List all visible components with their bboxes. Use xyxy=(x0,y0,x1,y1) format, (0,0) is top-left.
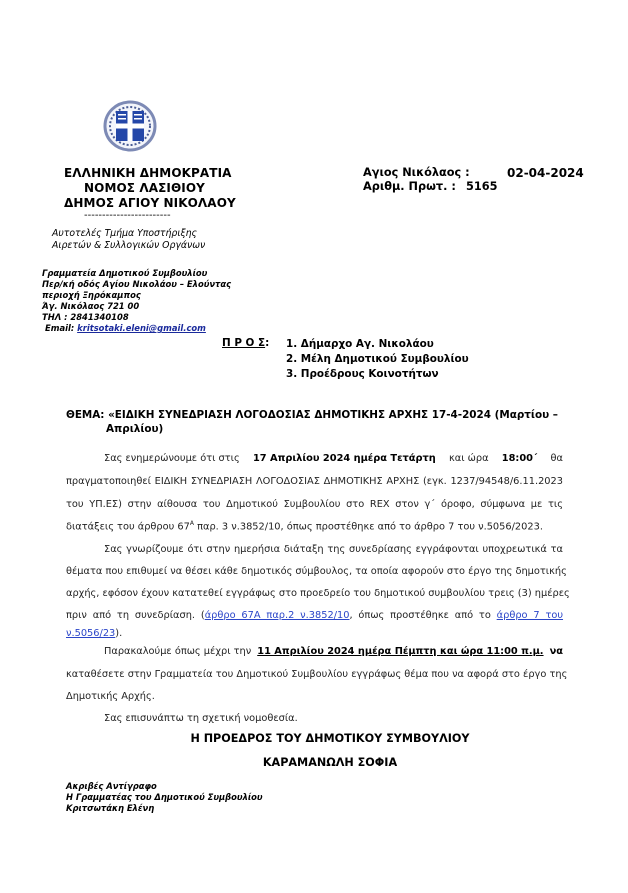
text: θα xyxy=(551,453,563,464)
department-line-1: Αυτοτελές Τμήμα Υποστήριξης xyxy=(52,228,197,239)
paragraph-1-line-4: διατάξεις του άρθρου 67Α παρ. 3 ν.3852/1… xyxy=(66,520,543,532)
paragraph-2-line-5: ν.5056/23). xyxy=(66,628,122,639)
sender-line: Περ/κή οδός Αγίου Νικολάου – Ελούντας xyxy=(42,279,231,290)
text: ). xyxy=(115,628,122,639)
attachment-note: Σας επισυνάπτω τη σχετική νομοθεσία. xyxy=(104,713,298,724)
paragraph-3-line-1: Παρακαλούμε όπως μέχρι την 11 Απριλίου 2… xyxy=(104,646,563,657)
department-line-2: Αιρετών & Συλλογικών Οργάνων xyxy=(52,240,205,251)
divider: ------------------------ xyxy=(84,210,171,221)
recipients-colon: : xyxy=(265,337,269,349)
text: , όπως προστέθηκε από το xyxy=(349,610,496,621)
greek-coat-of-arms-icon xyxy=(103,100,157,152)
text: και ώρα xyxy=(449,453,489,464)
paragraph-2-line-2: θέματα που επιθυμεί να θέσει κάθε δημοτι… xyxy=(66,566,563,577)
country-name: ΕΛΛΗΝΙΚΗ ΔΗΜΟΚΡΑΤΙΑ xyxy=(64,166,232,180)
secretary-name: Κριτσωτάκη Ελένη xyxy=(66,803,263,814)
sender-line: περιοχή Ξηρόκαμπος xyxy=(42,290,231,301)
certified-copy-label: Ακριβές Αντίγραφο xyxy=(66,781,263,792)
sender-line: Άγ. Νικόλαος 721 00 xyxy=(42,301,231,312)
recipients-label-row: Π Ρ Ο Σ: xyxy=(222,337,269,349)
paragraph-3-line-2: καταθέσετε στην Γραμματεία του Δημοτικού… xyxy=(66,669,563,680)
email-link[interactable]: kritsotaki.eleni@gmail.com xyxy=(77,323,206,333)
paragraph-2-line-1: Σας γνωρίζουμε ότι στην ημερήσια διάταξη… xyxy=(104,544,563,555)
recipient-item: 1. Δήμαρχο Αγ. Νικολάου xyxy=(286,337,469,352)
text: Παρακαλούμε όπως μέχρι την xyxy=(104,646,251,657)
municipality-name: ΔΗΜΟΣ ΑΓΙΟΥ ΝΙΚΟΛΑΟΥ xyxy=(64,196,236,210)
meeting-date: 17 Απριλίου 2024 ημέρα Τετάρτη xyxy=(253,453,436,464)
paragraph-1-line-1: Σας ενημερώνουμε ότι στις 17 Απριλίου 20… xyxy=(104,453,563,464)
recipients-label: Π Ρ Ο Σ xyxy=(222,337,265,349)
place-label: Αγιος Νικόλαος : xyxy=(363,166,470,179)
sender-phone: ΤΗΛ : 2841340108 xyxy=(42,312,231,323)
document-date: 02-04-2024 xyxy=(507,166,584,180)
subject-line-2: Απριλίου) xyxy=(106,423,163,435)
paragraph-2-line-4: πριν από τη συνεδρίαση. (άρθρο 67Α παρ.2… xyxy=(66,610,563,621)
text: Σας ενημερώνουμε ότι στις xyxy=(104,453,240,464)
paragraph-1-line-3: του ΥΠ.ΕΣ) στην αίθουσα του Δημοτικού Συ… xyxy=(66,499,563,510)
signatory-name: ΚΑΡΑΜΑΝΩΛΗ ΣΟΦΙΑ xyxy=(186,756,474,769)
prefecture-name: ΝΟΜΟΣ ΛΑΣΙΘΙΟΥ xyxy=(84,181,205,195)
deadline: 11 Απριλίου 2024 ημέρα Πέμπτη και ώρα 11… xyxy=(257,646,543,657)
sender-block: Γραμματεία Δημοτικού Συμβουλίου Περ/κή ο… xyxy=(42,268,231,334)
meeting-time: 18:00΄ xyxy=(502,453,538,464)
law-link-article-7[interactable]: άρθρο 7 του xyxy=(497,610,563,621)
law-link-67a[interactable]: άρθρο 67Α παρ.2 ν.3852/10 xyxy=(205,610,350,621)
text: πριν από τη συνεδρίαση. ( xyxy=(66,610,205,621)
text: παρ. 3 ν.3852/10, όπως προστέθηκε από το… xyxy=(194,521,543,532)
text: να xyxy=(550,646,563,657)
recipient-item: 3. Προέδρους Κοινοτήτων xyxy=(286,367,469,382)
signatory-title: Η ΠΡΟΕΔΡΟΣ ΤΟΥ ΔΗΜΟΤΙΚΟΥ ΣΥΜΒΟΥΛΙΟΥ xyxy=(186,732,474,745)
text: διατάξεις του άρθρου 67 xyxy=(66,521,190,532)
paragraph-1-line-2: πραγματοποιηθεί ΕΙΔΙΚΗ ΣΥΝΕΔΡΙΑΣΗ ΛΟΓΟΔΟ… xyxy=(66,476,563,487)
subject-line-1: ΘΕΜΑ: «ΕΙΔΙΚΗ ΣΥΝΕΔΡΙΑΣΗ ΛΟΓΟΔΟΣΙΑΣ ΔΗΜΟ… xyxy=(66,409,558,421)
email-label: Email: xyxy=(45,323,74,333)
law-link-5056[interactable]: ν.5056/23 xyxy=(66,628,115,639)
paragraph-2-line-3: αρχής, εφόσον έχουν κατατεθεί εγγράφως σ… xyxy=(66,588,563,599)
secretary-title: Η Γραμματέας του Δημοτικού Συμβουλίου xyxy=(66,792,263,803)
paragraph-3-line-3: Δημοτικής Αρχής. xyxy=(66,691,155,702)
recipient-item: 2. Μέλη Δημοτικού Συμβουλίου xyxy=(286,352,469,367)
protocol-number: 5165 xyxy=(466,180,497,193)
recipients-list: 1. Δήμαρχο Αγ. Νικολάου 2. Μέλη Δημοτικο… xyxy=(286,337,469,382)
certification-block: Ακριβές Αντίγραφο Η Γραμματέας του Δημοτ… xyxy=(66,781,263,814)
protocol-label: Αριθμ. Πρωτ. : xyxy=(363,180,456,193)
sender-line: Γραμματεία Δημοτικού Συμβουλίου xyxy=(42,268,231,279)
sender-email-row: Email: kritsotaki.eleni@gmail.com xyxy=(42,323,231,334)
